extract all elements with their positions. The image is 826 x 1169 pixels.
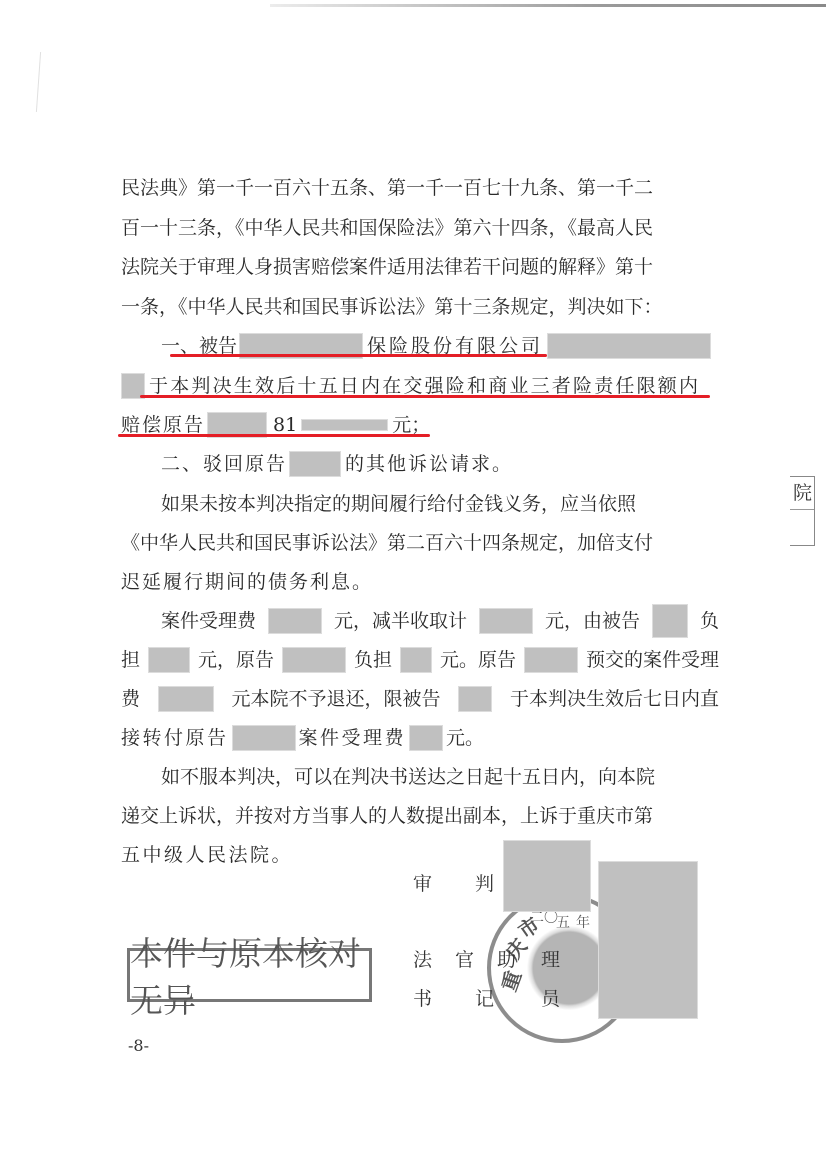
text: 负担 — [354, 645, 392, 675]
redacted-fee-amount — [400, 647, 432, 673]
judge-label-char: 判 — [475, 870, 494, 898]
fees-line-1: 案件受理费 元，减半收取计 元，由被告 负 — [161, 606, 719, 636]
legal-basis-line-2: 百一十三条，《中华人民共和国保险法》第六十四条，《最高人民 — [121, 213, 719, 243]
text: 五中级人民法院。 — [121, 840, 293, 870]
ruling-2-prefix: 二、驳回原告 — [161, 449, 287, 479]
assistant-label-char: 助 — [497, 946, 516, 974]
ruling-2-line: 二、驳回原告 的其他诉讼请求。 — [161, 449, 719, 479]
fees-line-4: 接转付原告 案件受理费 元。 — [121, 723, 719, 753]
red-highlight-underline-2 — [140, 395, 710, 398]
text: 于本判决生效后七日内直 — [510, 684, 719, 714]
text: 元，减半收取计 — [334, 606, 467, 636]
redacted-fee-amount — [148, 647, 190, 673]
legal-basis-line-4: 一条，《中华人民共和国民事诉讼法》第十三条规定，判决如下： — [121, 292, 719, 322]
redacted-plaintiff-name — [524, 647, 578, 673]
appeal-line-2: 递交上诉状，并按对方当事人的人数提出副本，上诉于重庆市第 — [121, 801, 719, 831]
late-payment-line-1: 如果未按本判决指定的期间履行给付金钱义务，应当依照 — [161, 489, 719, 519]
fees-line-3: 费 元本院不予退还，限被告 于本判决生效后七日内直 — [121, 684, 719, 714]
late-payment-line-2: 《中华人民共和国民事诉讼法》第二百六十四条规定，加倍支付 — [121, 528, 719, 558]
redacted-plaintiff-name — [289, 451, 341, 477]
text: 案件受理费 — [161, 606, 256, 636]
text: 百一十三条，《中华人民共和国保险法》第六十四条，《最高人民 — [121, 213, 653, 243]
text: 案件受理费 — [299, 723, 407, 753]
text: 担 — [121, 645, 140, 675]
legal-basis-line-3: 法院关于审理人身损害赔偿案件适用法律若干问题的解释》第十 — [121, 252, 719, 282]
redacted-judge-name — [503, 840, 591, 912]
scan-edge-line — [270, 4, 826, 7]
redacted-fee-amount — [409, 725, 443, 751]
judge-label-char: 审 — [413, 870, 432, 898]
late-payment-line-3: 迟延履行期间的债务利息。 — [121, 567, 719, 597]
seal-text: 年 — [576, 912, 590, 932]
side-binding-tab: 院 — [790, 476, 815, 546]
redacted-fee-amount — [268, 608, 322, 634]
text: 元本院不予退还，限被告 — [231, 684, 440, 714]
red-highlight-underline-1 — [170, 354, 547, 357]
red-highlight-underline-3 — [118, 434, 430, 437]
assistant-label-char: 理 — [541, 946, 560, 974]
ruling-2-suffix: 的其他诉讼请求。 — [345, 449, 513, 479]
fees-line-2: 担 元，原告 负担 元。原告 预交的案件受理 — [121, 645, 719, 675]
text: 如果未按本判决指定的期间履行给付金钱义务，应当依照 — [161, 489, 636, 519]
assistant-label-char: 法 — [413, 946, 432, 974]
certification-stamp: 本件与原本核对无异 — [127, 948, 372, 1002]
text: 接转付原告 — [121, 723, 229, 753]
clerk-label-char: 员 — [541, 985, 560, 1013]
seal-text: 五 — [556, 912, 570, 932]
clerk-label-char: 记 — [475, 985, 494, 1013]
redacted-plaintiff-name — [282, 647, 346, 673]
text: 元，由被告 — [545, 606, 640, 636]
side-tab-char: 院 — [793, 481, 812, 505]
clerk-label-char: 书 — [413, 985, 432, 1013]
text: 递交上诉状，并按对方当事人的人数提出副本，上诉于重庆市第 — [121, 801, 653, 831]
text: 《中华人民共和国民事诉讼法》第二百六十四条规定，加倍支付 — [121, 528, 653, 558]
text: 如不服本判决，可以在判决书送达之日起十五日内，向本院 — [161, 762, 655, 792]
text: 费 — [121, 684, 140, 714]
text: 法院关于审理人身损害赔偿案件适用法律若干问题的解释》第十 — [121, 252, 653, 282]
redacted-fee-amount — [158, 686, 214, 712]
redacted-plaintiff-name — [232, 725, 296, 751]
legal-basis-line-1: 民法典》第一千一百六十五条、第一千一百七十九条、第一千二 — [121, 173, 719, 203]
text: 预交的案件受理 — [586, 645, 719, 675]
text: 负 — [700, 606, 719, 636]
text: 迟延履行期间的债务利息。 — [121, 567, 373, 597]
text: 元。 — [446, 723, 484, 753]
handwritten-margin-mark — [36, 52, 49, 112]
appeal-line-1: 如不服本判决，可以在判决书送达之日起十五日内，向本院 — [161, 762, 719, 792]
assistant-label-char: 官 — [455, 946, 474, 974]
redacted-amount-digits — [301, 419, 388, 431]
text: 元。原告 — [440, 645, 516, 675]
redacted-branch-name — [547, 333, 711, 359]
text: 一条，《中华人民共和国民事诉讼法》第十三条规定，判决如下： — [121, 292, 663, 322]
redacted-defendant-name — [652, 604, 688, 638]
page-number: -8- — [128, 1036, 149, 1055]
side-tab-divider — [790, 509, 814, 510]
redacted-assistant-clerk-names — [598, 861, 698, 1019]
text: 元，原告 — [198, 645, 274, 675]
certification-stamp-text: 本件与原本核对无异 — [130, 928, 369, 1022]
redacted-fee-amount — [479, 608, 533, 634]
redacted-defendant-name — [458, 686, 492, 712]
text: 民法典》第一千一百六十五条、第一千一百七十九条、第一千二 — [121, 173, 653, 203]
